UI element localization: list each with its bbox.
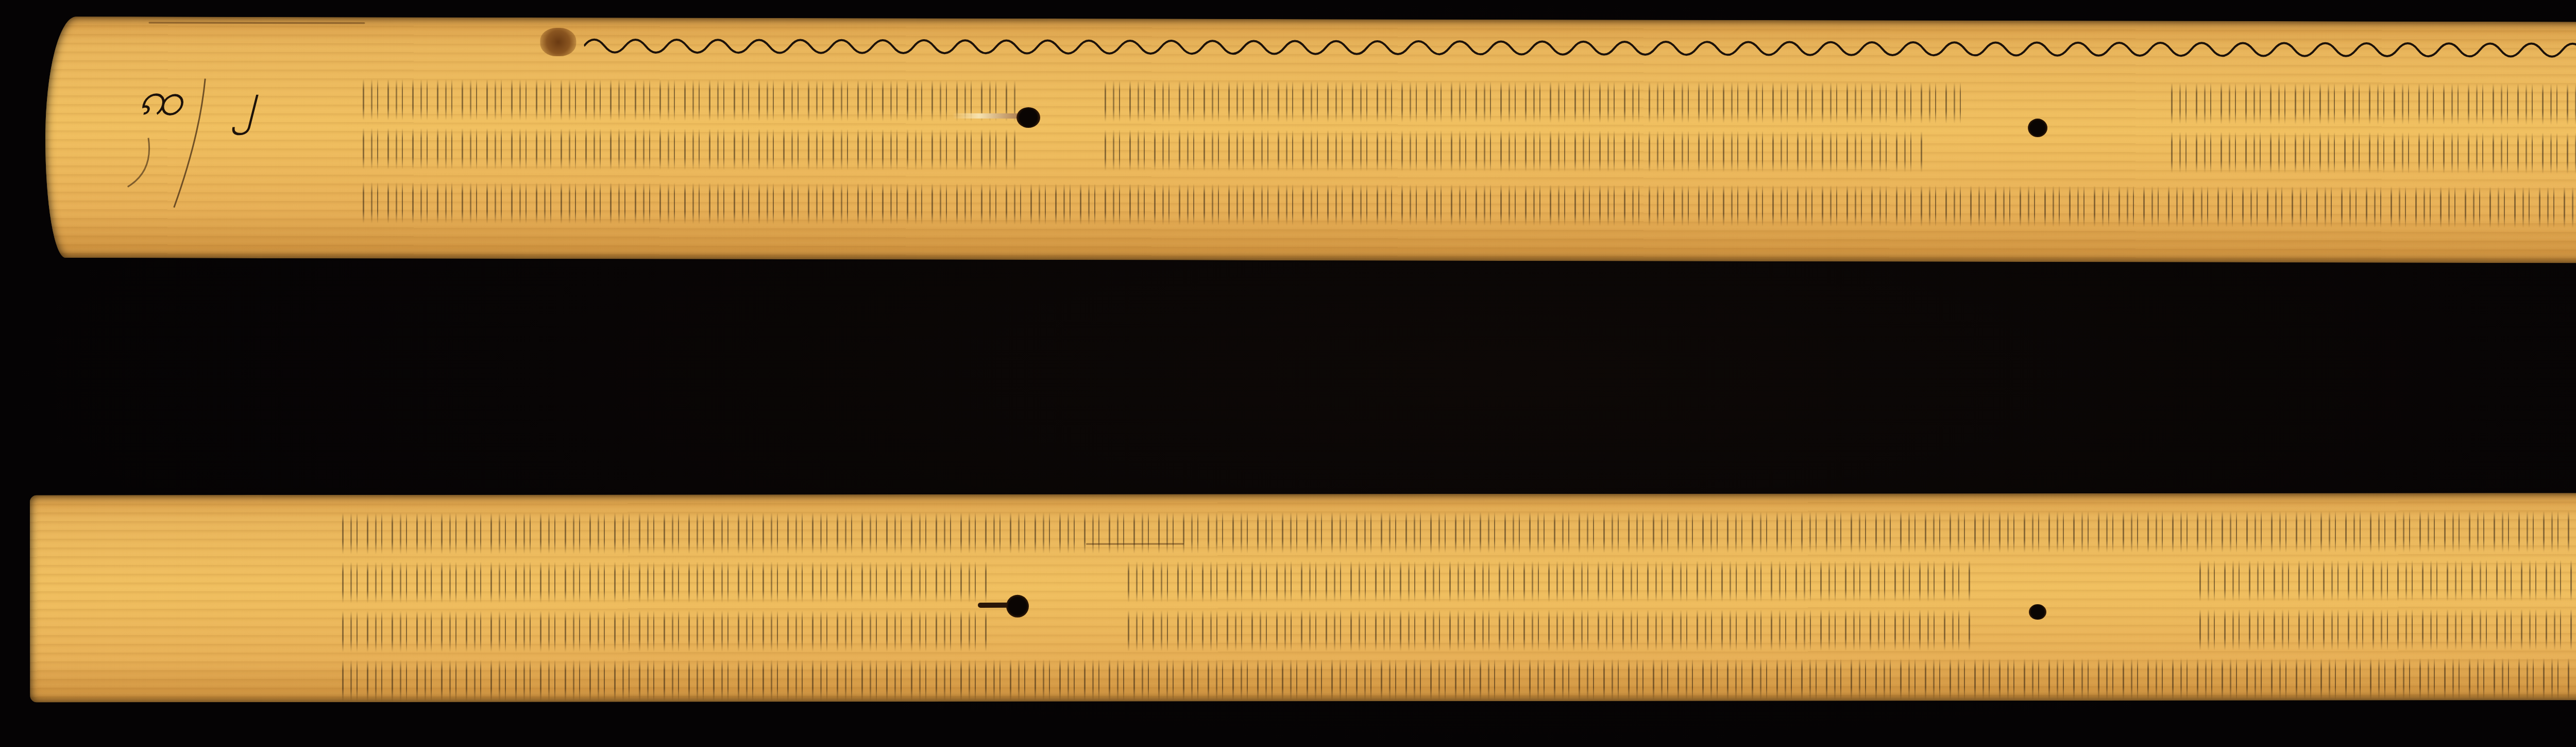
script-line-2-seg-b — [1101, 80, 1967, 124]
script-line-3-seg-c — [2196, 609, 2576, 651]
palm-leaf-top: ꩡ ၂ [handwritten script line 1] [handwri… — [45, 16, 2576, 264]
script-line-3-seg-a: [handwritten script line 3] — [339, 610, 988, 652]
script-line-4: [handwritten script line 4] — [360, 182, 2576, 228]
script-line-3-seg-a: [handwritten script line 3] — [360, 128, 1019, 171]
script-line-3-seg-c — [2168, 132, 2576, 175]
script-line-1: [handwritten script line 1] — [584, 23, 2576, 69]
script-line-4: [handwritten script line 4] — [339, 658, 2576, 701]
script-line-2-seg-c — [2168, 83, 2576, 126]
script-line-2-seg-a: [handwritten script line 2] — [360, 79, 1019, 122]
script-line-1: [handwritten script line 1] — [339, 511, 2576, 554]
string-hole-left — [1006, 595, 1029, 618]
script-line-2-seg-a: [handwritten script line 2] — [339, 561, 988, 603]
script-line-3-seg-b — [1101, 129, 1926, 172]
string-hole-right — [2029, 604, 2046, 620]
leaf-tear — [952, 113, 1019, 119]
script-line-2-seg-c — [2196, 560, 2576, 602]
palm-leaf-bottom: [handwritten script line 1] [handwritten… — [30, 492, 2576, 702]
string-hole-right — [2028, 119, 2047, 137]
string-hole-left — [1016, 107, 1040, 128]
script-line-3-seg-b — [1125, 609, 1975, 651]
script-line-2-seg-b — [1125, 560, 1975, 602]
